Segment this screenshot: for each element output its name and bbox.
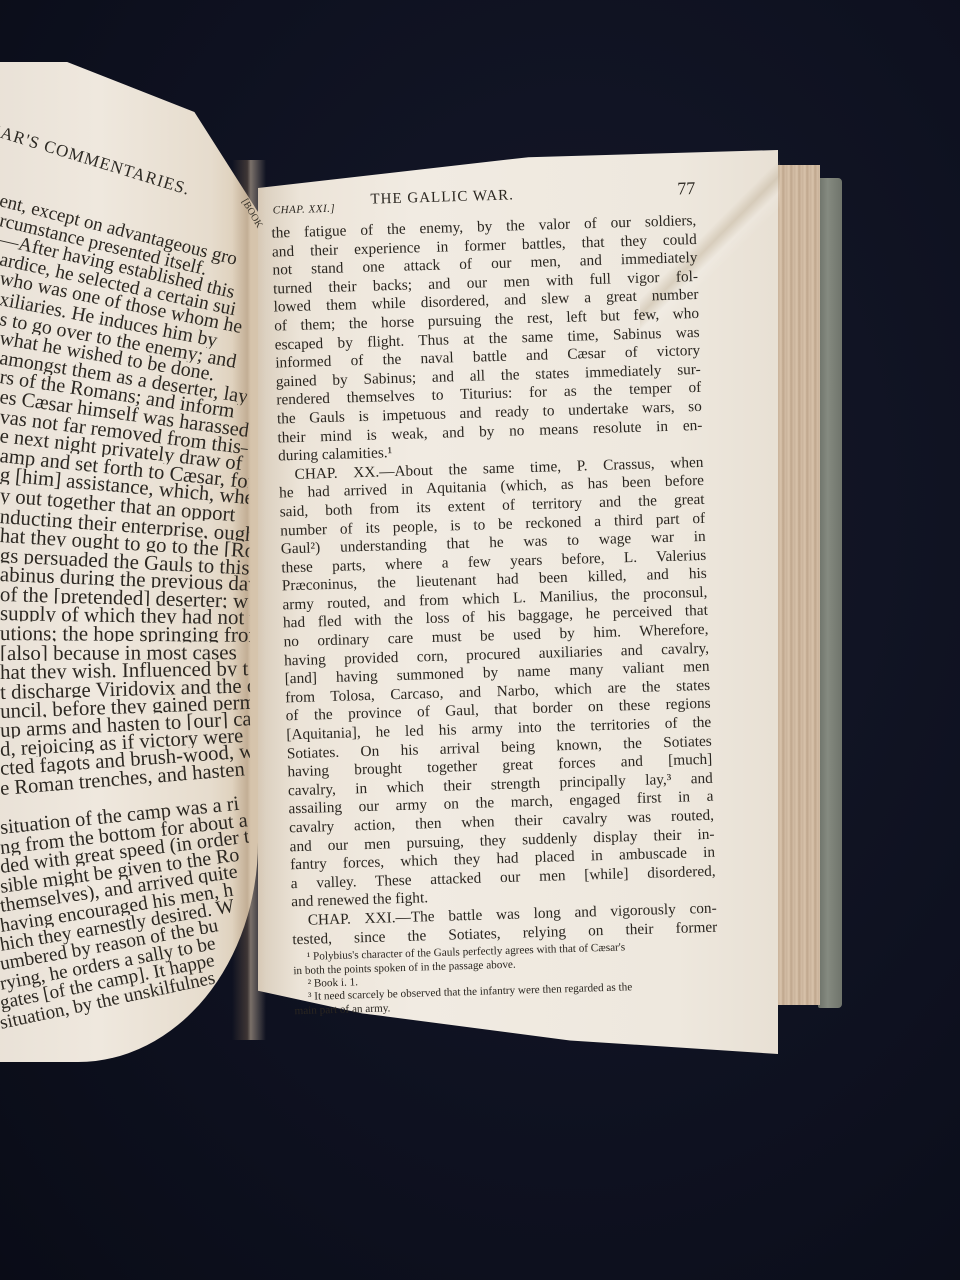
right-page-text: CHAP. XXI.] THE GALLIC WAR. 77 the fatig… [270, 178, 719, 1018]
chapter-ref: CHAP. XXI.] [273, 203, 336, 217]
left-page-text: ent, except on advantageous grorcumstanc… [0, 190, 250, 1033]
book-photo: SAR'S COMMENTARIES. [BOOK ent, except on… [0, 0, 960, 1280]
text-line: utions; the hope springing from [0, 621, 250, 642]
page-number: 77 [677, 178, 696, 200]
body-text: the fatigue of the enemy, by the valor o… [271, 212, 717, 949]
book-cover-edge [818, 178, 842, 1008]
page-title: THE GALLIC WAR. [370, 187, 514, 208]
footnotes: ¹ Polybius's character of the Gauls perf… [293, 939, 720, 1019]
